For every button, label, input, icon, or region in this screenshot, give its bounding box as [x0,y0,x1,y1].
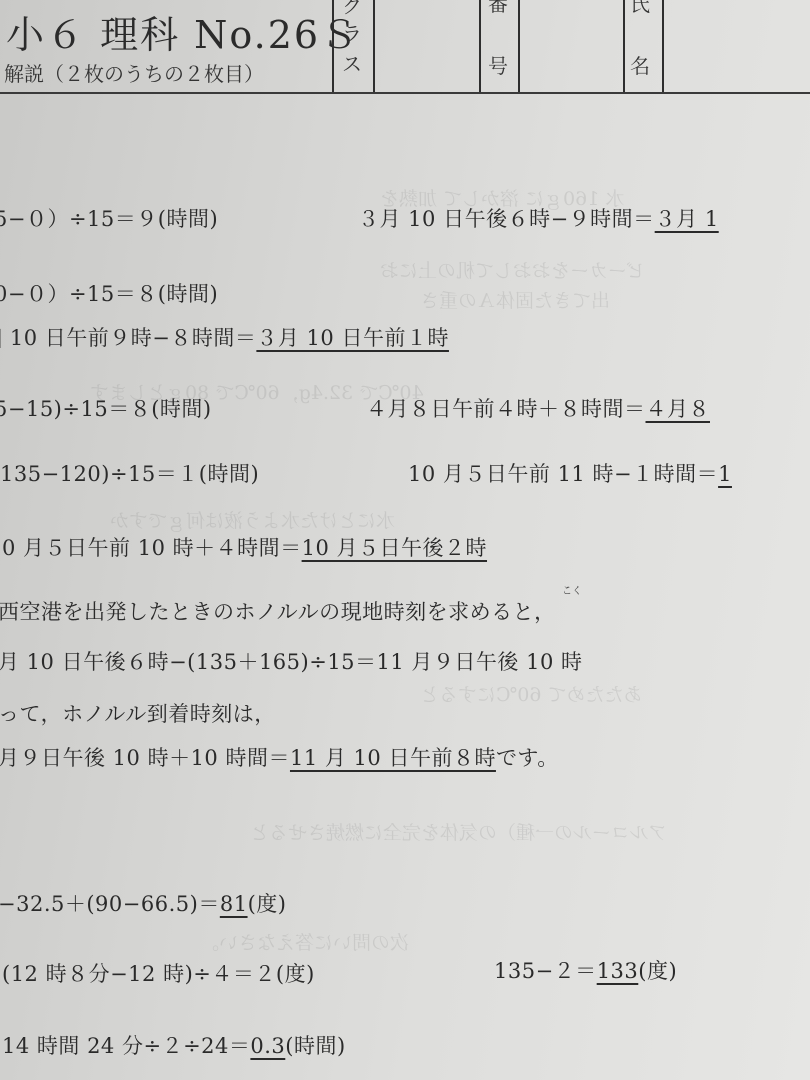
class-label-2: ラ [342,24,362,44]
calc-line-6: 0 月５日午前 10 時＋４時間＝10 月５日午後２時 [2,532,487,562]
calc-line-1-left: 5−０）÷15＝９(時間) [0,203,218,233]
number-label-1: 番 [488,0,508,14]
calc-line-3: ] 10 日午前９時−８時間＝３月 10 日午前１時 [0,322,449,352]
unit: (度) [248,892,287,916]
unit: (時間) [285,1034,345,1058]
explanation-line-8: 月 10 日午後６時−(135＋165)÷15＝11 月９日午後 10 時 [0,646,583,676]
calc-expression: ] 10 日午前９時−８時間＝ [0,326,256,350]
answer-underlined: 11 月 10 日午前８時 [290,746,496,770]
calc-expression: ４月８日午前４時＋８時間＝ [366,397,646,421]
bleed-through-text: 出てきた固体Ａの重さ [420,286,610,313]
divider [479,0,481,92]
calc-line-4-right: ４月８日午前４時＋８時間＝４月８ [366,393,710,423]
furigana: こく [562,582,582,597]
explanation-line-7: 西空港を出発したときのホノルルの現地時刻を求めると， [0,596,556,626]
bleed-through-text: あたためて 60℃にすると [420,680,642,707]
sentence-end: です。 [496,746,559,770]
bleed-through-text: ビーカーをおおして机の上にお [380,256,645,283]
answer-underlined: 10 月５日午後２時 [302,536,487,560]
answer-underlined: ４月８ [646,397,711,421]
class-label-3: ス [342,54,362,74]
class-label-1: ク [342,0,362,16]
calc-expression: 0 月５日午前 10 時＋４時間＝ [2,536,302,560]
calc-expression: 135−２＝ [494,959,597,983]
answer-underlined: ３月 1 [655,207,719,231]
explanation-line-9: って，ホノルル到着時刻は， [0,698,276,728]
answer-underlined: 1 [718,462,732,486]
name-label-2: 名 [630,56,650,76]
bleed-through-text: 水にとけた水よう液は何ｇですか [110,506,395,533]
answer-underlined: ３月 10 日午前１時 [256,326,449,350]
bleed-through-text: アルコールの一種）の気体を完全に燃焼させると [250,818,667,845]
bleed-through-text: 次の問いに答えなさい。 [200,928,409,955]
class-field[interactable] [375,0,478,90]
calc-line-12-right: 135−２＝133(度) [494,955,677,985]
calc-line-2: 0−０）÷15＝８(時間) [0,278,218,308]
name-field[interactable] [664,0,810,90]
number-field[interactable] [520,0,622,90]
divider [623,0,625,92]
calc-line-5-right: 10 月５日午前 11 時−１時間＝1 [408,458,732,488]
name-label-1: 氏 [630,0,650,14]
calc-line-1-right: ３月 10 日午後６時−９時間＝３月 1 [358,203,719,233]
calc-expression: 14 時間 24 分÷２÷24＝ [2,1034,250,1058]
answer-underlined: 81 [220,892,248,916]
calc-line-11: −32.5＋(90−66.5)＝81(度) [0,888,286,918]
number-label-2: 号 [488,56,508,76]
calc-expression: 月９日午後 10 時＋10 時間＝ [0,746,290,770]
calc-expression: ３月 10 日午後６時−９時間＝ [358,207,655,231]
sheet-title: 小６ 理科 No.26Ｓ [6,4,360,59]
unit: (度) [638,959,677,983]
calc-expression: 10 月５日午前 11 時−１時間＝ [408,462,718,486]
answer-underlined: 133 [597,959,639,983]
calc-line-4-left: 5−15)÷15＝８(時間) [0,393,212,423]
divider [332,0,334,92]
header-row: 小６ 理科 No.26Ｓ 解説（２枚のうちの２枚目） ク ラ ス 番 号 氏 名 [0,0,810,94]
answer-underlined: 0.3 [250,1034,285,1058]
sheet-subtitle: 解説（２枚のうちの２枚目） [4,58,264,87]
answer-sheet-page: 小６ 理科 No.26Ｓ 解説（２枚のうちの２枚目） ク ラ ス 番 号 氏 名… [0,0,810,1080]
calc-line-5-left: 135−120)÷15＝１(時間) [0,458,259,488]
calc-line-12-left: (12 時８分−12 時)÷４＝２(度) [2,958,315,988]
calc-expression: −32.5＋(90−66.5)＝ [0,892,220,916]
explanation-line-10: 月９日午後 10 時＋10 時間＝11 月 10 日午前８時です。 [0,742,559,772]
calc-line-13: 14 時間 24 分÷２÷24＝0.3(時間) [2,1030,346,1060]
